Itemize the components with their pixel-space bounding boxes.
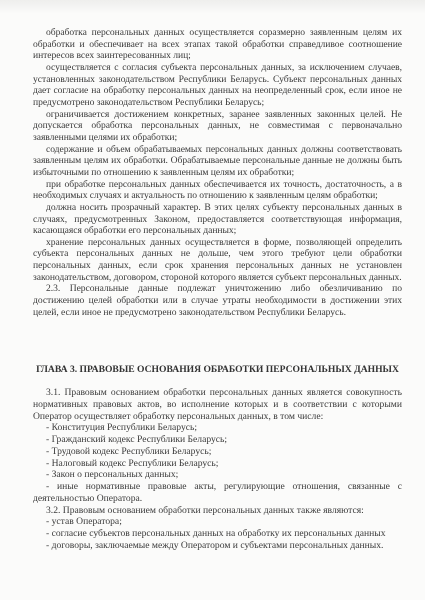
chapter-3-heading: ГЛАВА 3. ПРАВОВЫЕ ОСНОВАНИЯ ОБРАБОТКИ ПЕ… bbox=[33, 364, 402, 376]
clause-2-3: 2.3. Персональные данные подлежат уничто… bbox=[33, 283, 402, 318]
list-item-constitution: - Конституция Республики Беларусь; bbox=[33, 422, 402, 434]
principle-transparency: должна носить прозрачный характер. В эти… bbox=[33, 202, 402, 237]
list-item-contracts: - договоры, заключаемые между Оператором… bbox=[33, 540, 402, 552]
principle-data-minimization: содержание и объем обрабатываемых персон… bbox=[33, 144, 402, 179]
principle-purpose-limitation: ограничивается достижением конкретных, з… bbox=[33, 109, 402, 144]
list-item-tax-code: - Налоговый кодекс Республики Беларусь; bbox=[33, 458, 402, 470]
scan-top-edge bbox=[0, 0, 425, 14]
principle-proportionality: обработка персональных данных осуществля… bbox=[33, 27, 402, 62]
clause-3-2: 3.2. Правовым основанием обработки персо… bbox=[33, 505, 402, 517]
document-page: обработка персональных данных осуществля… bbox=[0, 0, 425, 600]
chapter-3-body: 3.1. Правовым основанием обработки персо… bbox=[33, 387, 402, 552]
list-item-other-acts: - иные нормативные правовые акты, регули… bbox=[33, 481, 402, 505]
principle-accuracy: при обработке персональных данных обеспе… bbox=[33, 179, 402, 202]
list-item-labor-code: - Трудовой кодекс Республики Беларусь; bbox=[33, 446, 402, 458]
clause-3-1: 3.1. Правовым основанием обработки персо… bbox=[33, 387, 402, 422]
principle-consent: осуществляется с согласия субъекта персо… bbox=[33, 62, 402, 109]
section-2-continuation: обработка персональных данных осуществля… bbox=[33, 27, 402, 318]
list-item-subject-consent: - согласие субъектов персональных данных… bbox=[33, 528, 402, 540]
principle-storage-limitation: хранение персональных данных осуществляе… bbox=[33, 237, 402, 284]
list-item-personal-data-law: - Закон о персональных данных; bbox=[33, 469, 402, 481]
list-item-charter: - устав Оператора; bbox=[33, 516, 402, 528]
list-item-civil-code: - Гражданский кодекс Республики Беларусь… bbox=[33, 434, 402, 446]
